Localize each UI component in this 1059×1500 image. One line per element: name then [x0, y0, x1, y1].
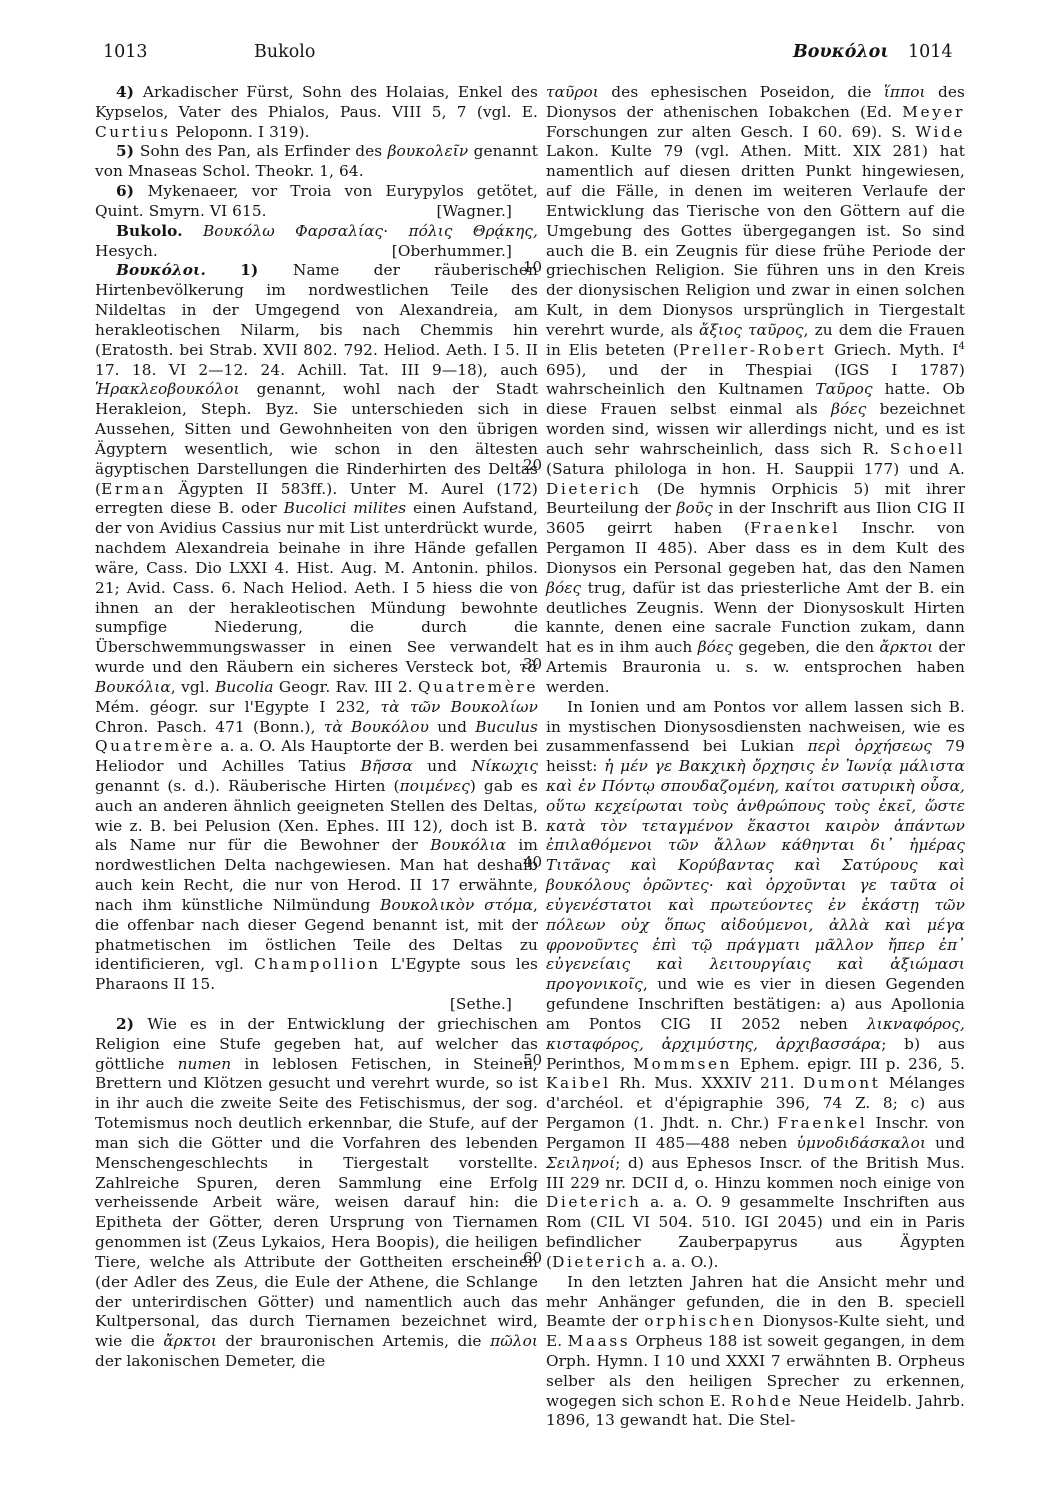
- text-run: orphischen: [644, 1312, 756, 1330]
- line-number: 10: [523, 258, 553, 276]
- text-run: Dieterich: [546, 1193, 641, 1211]
- text-run: Rohde: [731, 1392, 793, 1410]
- paragraph: 2) Wie es in der Entwicklung der griechi…: [95, 1015, 538, 1372]
- text-run: , vgl.: [171, 678, 215, 696]
- text-run: Forschungen zur alten Gesch. I 60. 69). …: [546, 123, 915, 141]
- text-run: Βῆσσα: [361, 757, 413, 775]
- text-run: Arkadischer Fürst, Sohn des Holaias, Enk…: [95, 83, 538, 121]
- text-run: πῶλοι: [490, 1332, 538, 1350]
- text-run: und: [429, 718, 475, 736]
- text-run: 2): [116, 1015, 147, 1033]
- text-run: βόες: [698, 638, 733, 656]
- text-run: Νίκωχις: [472, 757, 538, 775]
- text-run: ἄξιος ταῦρος: [699, 321, 804, 339]
- text-run: einen Aufstand, der von Avidius Cassius …: [95, 499, 538, 676]
- text-run: 4: [959, 341, 965, 352]
- text-run: Bucolia: [215, 678, 273, 696]
- scanned-encyclopedia-page: 1013 Bukolo Βουκόλοι 1014 4) Arkadischer…: [0, 0, 1059, 1500]
- right-page-number: 1014: [908, 42, 953, 62]
- text-run: Bukolo.: [116, 222, 183, 240]
- text-run: in leblosen Fetischen, in Steinen, Brett…: [95, 1055, 538, 1351]
- text-run: Schoell: [890, 440, 965, 458]
- text-run: Ἡρακλεοβουκόλοι: [95, 380, 240, 398]
- text-run: Rh. Mus. XXXIV 211.: [611, 1074, 803, 1092]
- text-run: numen: [178, 1055, 232, 1073]
- author-signature: [Wagner.]: [415, 202, 512, 222]
- text-run: Σειληνοί: [546, 1154, 615, 1172]
- text-run: 6): [116, 182, 148, 200]
- text-run: 5): [116, 142, 140, 160]
- paragraph: 5) Sohn des Pan, als Erfinder des βουκολ…: [95, 142, 538, 182]
- text-run: Champollion: [254, 955, 381, 973]
- text-run: Βουκόλω Φαρσαλίας· πόλις Θρᾴκης,: [203, 222, 538, 240]
- text-run: des ephesischen Poseidon, die: [599, 83, 884, 101]
- page-header: 1013 Bukolo Βουκόλοι 1014: [0, 0, 1059, 80]
- text-run: Griech. Myth. I: [826, 341, 958, 359]
- text-run: und: [413, 757, 472, 775]
- text-run: περὶ ὀρχήσεως: [808, 737, 932, 755]
- text-run: Mém. géogr. sur l'Egypte I 232,: [95, 698, 381, 716]
- text-run: Quatremère: [418, 678, 538, 696]
- text-run: Bucolici milites: [284, 499, 407, 517]
- text-run: [206, 261, 240, 279]
- text-run: βόες: [831, 400, 866, 418]
- text-run: ταῦροι: [546, 83, 599, 101]
- text-run: Ephem. epigr. III p. 236, 5.: [732, 1055, 965, 1073]
- text-run: Ταῦρος: [815, 380, 872, 398]
- text-run: Βουκόλοι.: [116, 261, 206, 279]
- left-page-number: 1013: [103, 42, 148, 62]
- text-run: Peloponn. I 319).: [171, 123, 310, 141]
- left-text-column: 4) Arkadischer Fürst, Sohn des Holaias, …: [95, 83, 538, 1372]
- text-run: und: [926, 1134, 965, 1152]
- line-number: 40: [523, 853, 553, 871]
- text-run: Buculus: [475, 718, 538, 736]
- text-run: βουκολεῖν: [388, 142, 469, 160]
- text-run: der lakonischen Demeter, die: [95, 1352, 325, 1370]
- paragraph: Bukolo. Βουκόλω Φαρσαλίας· πόλις Θρᾴκης,…: [95, 222, 538, 262]
- paragraph: [Sethe.]: [95, 995, 538, 1015]
- text-run: a. a. O.).: [648, 1253, 719, 1271]
- text-run: 1): [240, 261, 293, 279]
- line-number: 30: [523, 655, 553, 673]
- paragraph: Βουκόλοι. 1) Name der räuberischen Hirte…: [95, 261, 538, 995]
- paragraph: ταῦροι des ephesischen Poseidon, die ἵππ…: [546, 83, 965, 698]
- text-run: Meyer: [902, 103, 965, 121]
- text-run: [Sethe.]: [450, 995, 512, 1013]
- text-run: ἄρκτοι: [880, 638, 934, 656]
- text-run: Erman: [101, 480, 166, 498]
- text-run: Sohn des Pan, als Erfinder des: [140, 142, 388, 160]
- text-run: [183, 222, 203, 240]
- text-run: Lakon. Kulte 79 (vgl. Athen. Mitt. XIX 2…: [546, 142, 965, 338]
- text-run: Chron. Pasch. 471 (Bonn.),: [95, 718, 324, 736]
- text-run: Maass: [568, 1332, 631, 1350]
- line-number: 20: [523, 456, 553, 474]
- author-signature: [Oberhummer.]: [371, 242, 512, 262]
- left-column-header-title: Bukolo: [254, 42, 315, 62]
- text-run: Fraenkel: [750, 519, 840, 537]
- text-run: der brauronischen Artemis, die: [217, 1332, 490, 1350]
- text-run: gegeben, die den: [733, 638, 880, 656]
- text-run: βοῦς: [677, 499, 713, 517]
- text-run: Dieterich: [546, 480, 641, 498]
- text-run: Wide: [915, 123, 965, 141]
- right-column-header-title: Βουκόλοι: [793, 42, 889, 62]
- paragraph: In Ionien und am Pontos vor allem lassen…: [546, 698, 965, 1273]
- text-run: ἡ μέν γε Βακχικὴ ὄρχησις ἐν Ἰωνίᾳ μάλιστ…: [546, 757, 965, 993]
- right-text-column: ταῦροι des ephesischen Poseidon, die ἵππ…: [546, 83, 965, 1431]
- text-run: genannt (s. d.). Räuberische Hirten (: [95, 777, 400, 795]
- text-run: Βουκόλια: [430, 836, 506, 854]
- line-number: 60: [523, 1249, 553, 1267]
- text-run: τὰ Βουκόλου: [324, 718, 429, 736]
- text-run: 4): [116, 83, 143, 101]
- text-run: Hesych.: [95, 242, 158, 260]
- text-run: ἵπποι: [884, 83, 926, 101]
- text-run: Preller-Robert: [679, 341, 826, 359]
- text-run: ποιμένες: [400, 777, 470, 795]
- text-run: Dumont: [803, 1074, 880, 1092]
- paragraph: 4) Arkadischer Fürst, Sohn des Holaias, …: [95, 83, 538, 142]
- paragraph: In den letzten Jahren hat die Ansicht me…: [546, 1273, 965, 1432]
- text-run: Geogr. Rav. III 2.: [274, 678, 418, 696]
- text-run: ὑμνοδιδάσκαλοι: [796, 1134, 926, 1152]
- text-run: Quatremère: [95, 737, 215, 755]
- paragraph: 6) Mykenaeer, vor Troia von Eurypylos ge…: [95, 182, 538, 222]
- text-run: τὰ τῶν Βουκολίων: [381, 698, 538, 716]
- text-run: Fraenkel: [777, 1114, 867, 1132]
- line-number: 50: [523, 1051, 553, 1069]
- text-run: (Satura philologa in hon. H. Sauppii 177…: [546, 460, 965, 478]
- text-run: Βουκολικὸν στόμα: [380, 896, 533, 914]
- text-run: Dieterich: [552, 1253, 647, 1271]
- text-run: βόες: [546, 579, 581, 597]
- text-run: ἄρκτοι: [163, 1332, 217, 1350]
- text-run: Kaibel: [546, 1074, 611, 1092]
- text-run: Curtius: [95, 123, 171, 141]
- text-run: Mommsen: [633, 1055, 732, 1073]
